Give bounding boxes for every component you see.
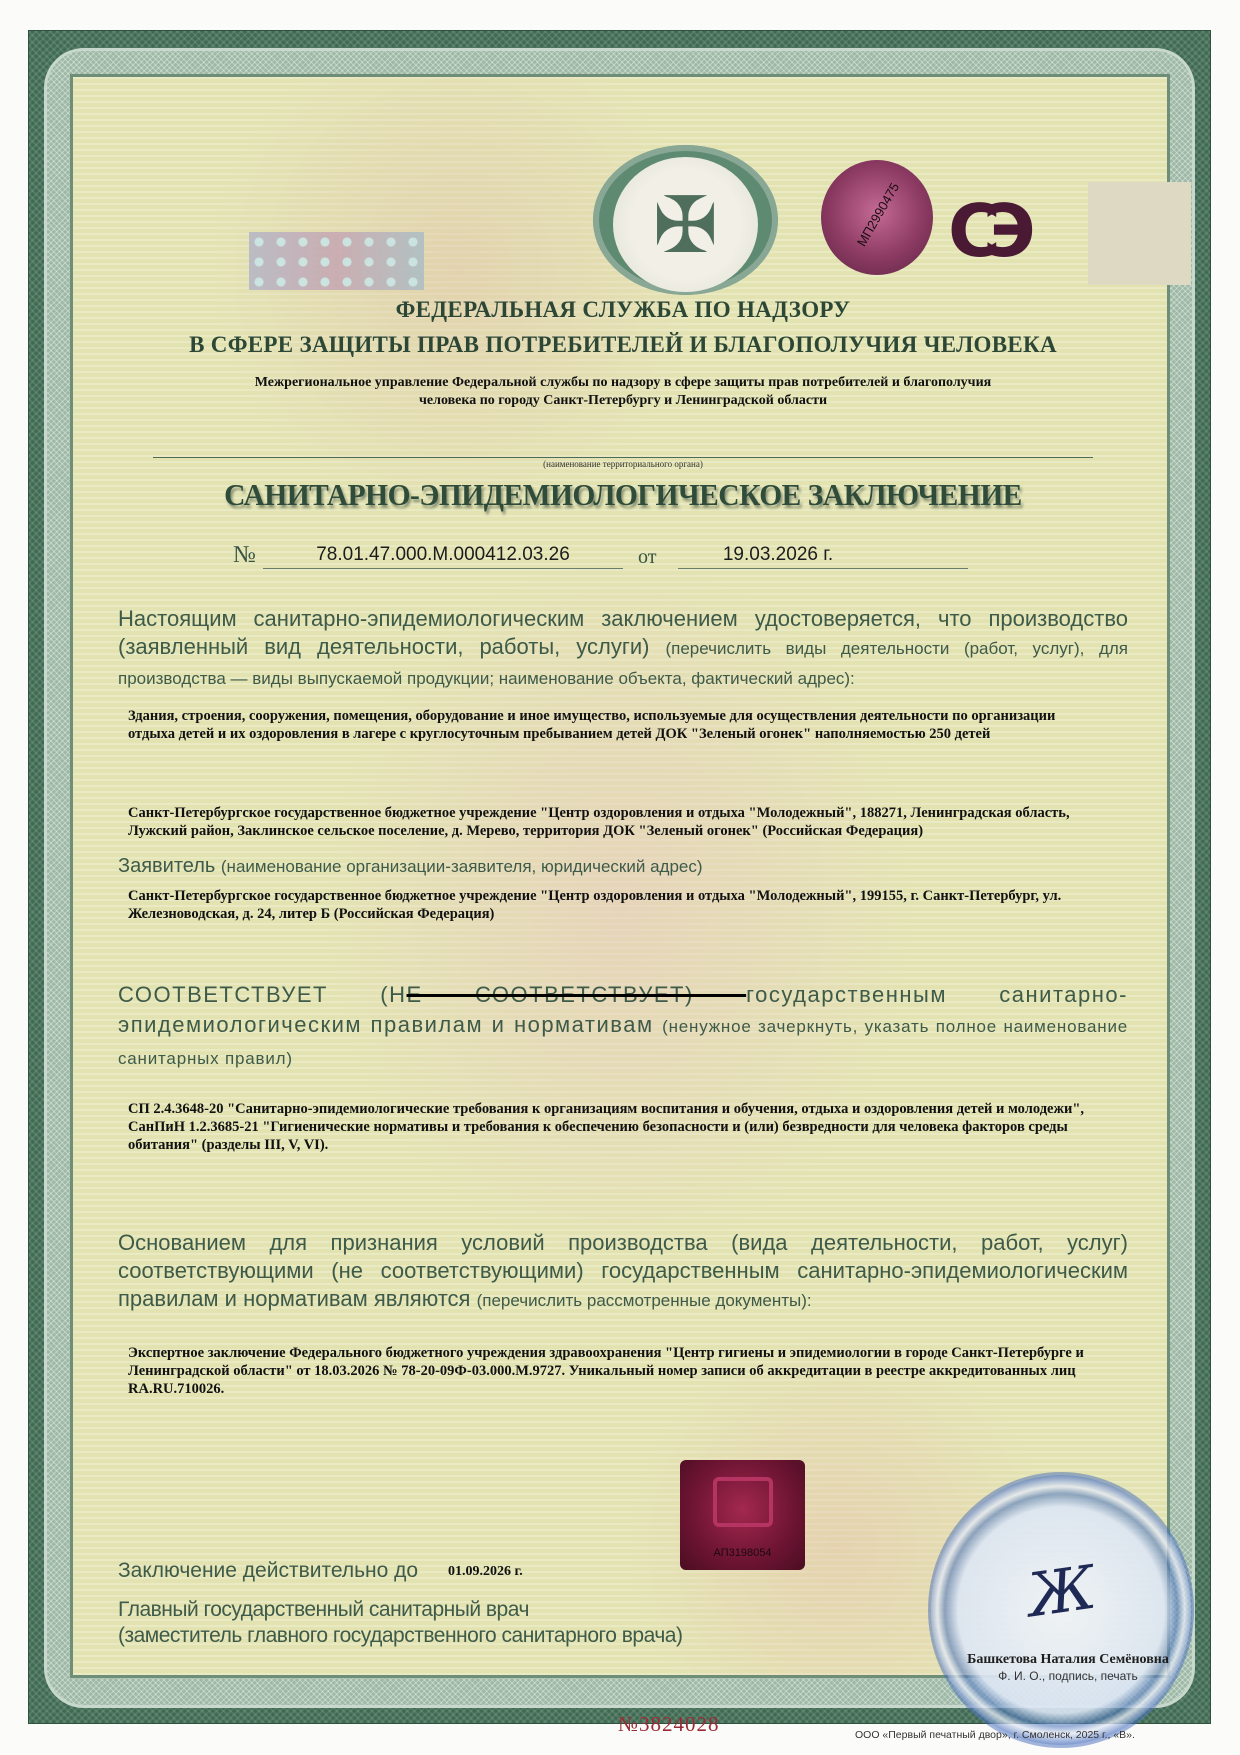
- number-sign: №: [233, 542, 256, 569]
- sanitary-rules: СП 2.4.3648-20 "Санитарно-эпидемиологиче…: [128, 1100, 1088, 1154]
- hologram-strip: [249, 232, 424, 290]
- applicant-label: Заявитель: [118, 855, 215, 877]
- agency-name-line1: ФЕДЕРАЛЬНАЯ СЛУЖБА ПО НАДЗОРУ: [73, 297, 1173, 323]
- sticker-code: АП3198054: [680, 1547, 805, 1559]
- eagle-emblem-icon: ✠: [633, 171, 738, 281]
- conformity-statement: СООТВЕТСТВУЕТ (НЕ СООТВЕТСТВУЕТ) государ…: [118, 980, 1128, 1074]
- territorial-caption: (наименование территориального органа): [73, 459, 1173, 469]
- serial-number: №3824028: [618, 1712, 720, 1737]
- conformity-struck: Е СООТВЕТСТВУЕТ): [407, 982, 747, 1007]
- validity-date: 01.09.2026 г.: [448, 1564, 523, 1580]
- date-underline: [678, 568, 968, 569]
- territorial-body: Межрегиональное управление Федеральной с…: [73, 374, 1173, 410]
- territorial-body-line2: человека по городу Санкт-Петербургу и Ле…: [73, 392, 1173, 410]
- printer-imprint: ООО «Первый печатный двор», г. Смоленск,…: [855, 1729, 1135, 1741]
- se-logo-icon: СЭ: [948, 195, 1018, 267]
- applicant-heading: Заявитель (наименование организации-заяв…: [118, 855, 1118, 878]
- agency-name-line2: В СФЕРЕ ЗАЩИТЫ ПРАВ ПОТРЕБИТЕЛЕЙ И БЛАГО…: [73, 332, 1173, 358]
- signatory-role: Главный государственный санитарный врач …: [118, 1597, 682, 1649]
- basis-documents: Экспертное заключение Федерального бюдже…: [128, 1344, 1088, 1398]
- applicant-value: Санкт-Петербургское государственное бюдж…: [128, 887, 1088, 923]
- object-address: Санкт-Петербургское государственное бюдж…: [128, 804, 1088, 840]
- blank-square-area: [1088, 182, 1191, 285]
- applicant-hint: (наименование организации-заявителя, юри…: [221, 857, 703, 876]
- sticker-logo-icon: [713, 1477, 773, 1527]
- territorial-body-line1: Межрегиональное управление Федеральной с…: [73, 374, 1173, 392]
- date-from-label: от: [638, 546, 656, 569]
- signature-caption: Ф. И. О., подпись, печать: [938, 1669, 1198, 1683]
- signatory-role-line2: (заместитель главного государственного с…: [118, 1623, 682, 1649]
- signature-icon: Ж: [1023, 1553, 1100, 1632]
- certificate-form: ✠ МП2990475 СЭ ФЕДЕРАЛЬНАЯ СЛУЖБА ПО НАД…: [70, 74, 1170, 1678]
- issue-date: 19.03.2026 г.: [678, 544, 878, 566]
- validity-label: Заключение действительно до: [118, 1559, 418, 1583]
- signatory-role-line1: Главный государственный санитарный врач: [118, 1597, 682, 1623]
- document-title: САНИТАРНО-ЭПИДЕМИОЛОГИЧЕСКОЕ ЗАКЛЮЧЕНИЕ: [101, 477, 1146, 513]
- certification-intro: Настоящим санитарно-эпидемиологическим з…: [118, 605, 1128, 693]
- signatory-name: Башкетова Наталия Семёновна: [938, 1652, 1198, 1668]
- number-underline: [263, 568, 623, 569]
- document-number: 78.01.47.000.М.000412.03.26: [263, 544, 623, 566]
- basis-statement: Основанием для признания условий произво…: [118, 1229, 1128, 1315]
- certified-object: Здания, строения, сооружения, помещения,…: [128, 707, 1088, 743]
- number-row: № 78.01.47.000.М.000412.03.26 от 19.03.2…: [233, 542, 1033, 572]
- conformity-kept: СООТВЕТСТВУЕТ (Н: [118, 982, 407, 1007]
- basis-hint: (перечислить рассмотренные документы):: [477, 1291, 812, 1310]
- territorial-rule: [153, 457, 1093, 458]
